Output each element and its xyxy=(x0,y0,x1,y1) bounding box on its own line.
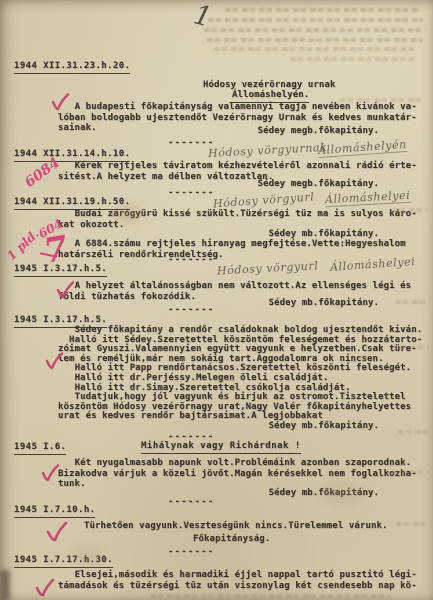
section-divider: ------- xyxy=(168,497,214,508)
section-divider: ------- xyxy=(168,255,214,266)
bleedthrough-text xyxy=(340,98,425,102)
section-divider: ------- xyxy=(168,188,214,199)
section-divider: ------- xyxy=(168,547,214,558)
bleedthrough-text xyxy=(150,594,390,598)
bleedthrough-text xyxy=(395,300,428,304)
pencil-addressee-note: Állomáshelyén xyxy=(318,138,408,158)
signature: Sédey megb.főkapitány. xyxy=(258,126,379,137)
signature: Sédey mb.főkapitány. xyxy=(269,421,379,432)
red-checkmark-icon xyxy=(44,352,64,374)
pencil-addressee-note: Állomáshelyei xyxy=(325,189,411,207)
entry-body: Budai zárógyürü kissé szükült.Tüzérségi … xyxy=(58,209,417,230)
paper-stain xyxy=(115,205,143,223)
entry-date-heading: 1945 I.6. xyxy=(14,442,66,455)
signature: Sédey mb.főkapitány. xyxy=(269,229,379,240)
bleedthrough-text xyxy=(393,470,429,474)
bleedthrough-text xyxy=(204,28,426,32)
entry-body: Elsejei,második és harmadiki éjjel nappa… xyxy=(58,570,417,591)
entry-date-heading: 1944 XII.31.19.h.50. xyxy=(14,197,130,210)
entry-date-heading: 1944 XII.31.23.h.20. xyxy=(14,61,130,74)
bleedthrough-text xyxy=(398,430,428,434)
bleedthrough-text xyxy=(392,208,428,212)
red-checkmark-icon xyxy=(40,464,60,486)
bleedthrough-text xyxy=(214,47,414,51)
signature: Sédey megb.főkapitány. xyxy=(258,179,379,190)
bleedthrough-text xyxy=(396,522,429,526)
bleedthrough-text xyxy=(290,57,415,61)
entry-date-heading: 1944 XII.31.14.h.10. xyxy=(14,149,130,162)
signature: Főkapitányság. xyxy=(193,534,270,545)
entry-body: Két nyugalmasabb napunk volt.Problémáink… xyxy=(58,458,417,490)
paper-stain xyxy=(70,545,104,565)
section-divider: ------- xyxy=(168,305,214,316)
paper-stain xyxy=(320,480,364,506)
bleedthrough-text xyxy=(393,345,429,349)
bleedthrough-text xyxy=(225,8,420,12)
edge-smudge xyxy=(0,570,10,600)
red-checkmark-icon xyxy=(55,281,75,303)
signature: Sédey mb.főkapitány. xyxy=(269,298,379,309)
pencil-addressee-note: Hódosy vörgyurl xyxy=(213,190,315,210)
document-page: 1 1944 XII.31.23.h.20. Hódosy vezérörnag… xyxy=(0,0,433,600)
entry-body-2: A 6884.számu rejtjeles hiranyag megfejté… xyxy=(58,239,406,260)
pencil-addressee-note: Hódosy vörgyurl xyxy=(217,259,319,277)
entry-body: Sédey főkapitány a rendőr családoknak bo… xyxy=(58,326,422,422)
pencil-addressee-note: Hódosy vörgyurnak xyxy=(208,141,328,160)
bleedthrough-text xyxy=(208,18,423,22)
red-checkmark-icon xyxy=(34,578,56,600)
addressee-line: Hódosy vezérörnagy urnak xyxy=(203,80,335,91)
entry-title: Mihálynak vagy Richárdnak ! xyxy=(141,441,301,454)
addressee-location: Állomáshelyén. xyxy=(232,90,309,103)
red-checkmark-icon xyxy=(45,521,69,547)
entry-body: Türhetően vagyunk.Veszteségünk nincs.Tür… xyxy=(84,521,388,532)
red-checkmark-icon xyxy=(50,93,70,115)
entry-date-heading: 1945 I.7.10.h. xyxy=(14,505,95,518)
bleedthrough-text xyxy=(207,38,423,42)
red-copy-count-note: 1 pld. xyxy=(4,227,41,263)
